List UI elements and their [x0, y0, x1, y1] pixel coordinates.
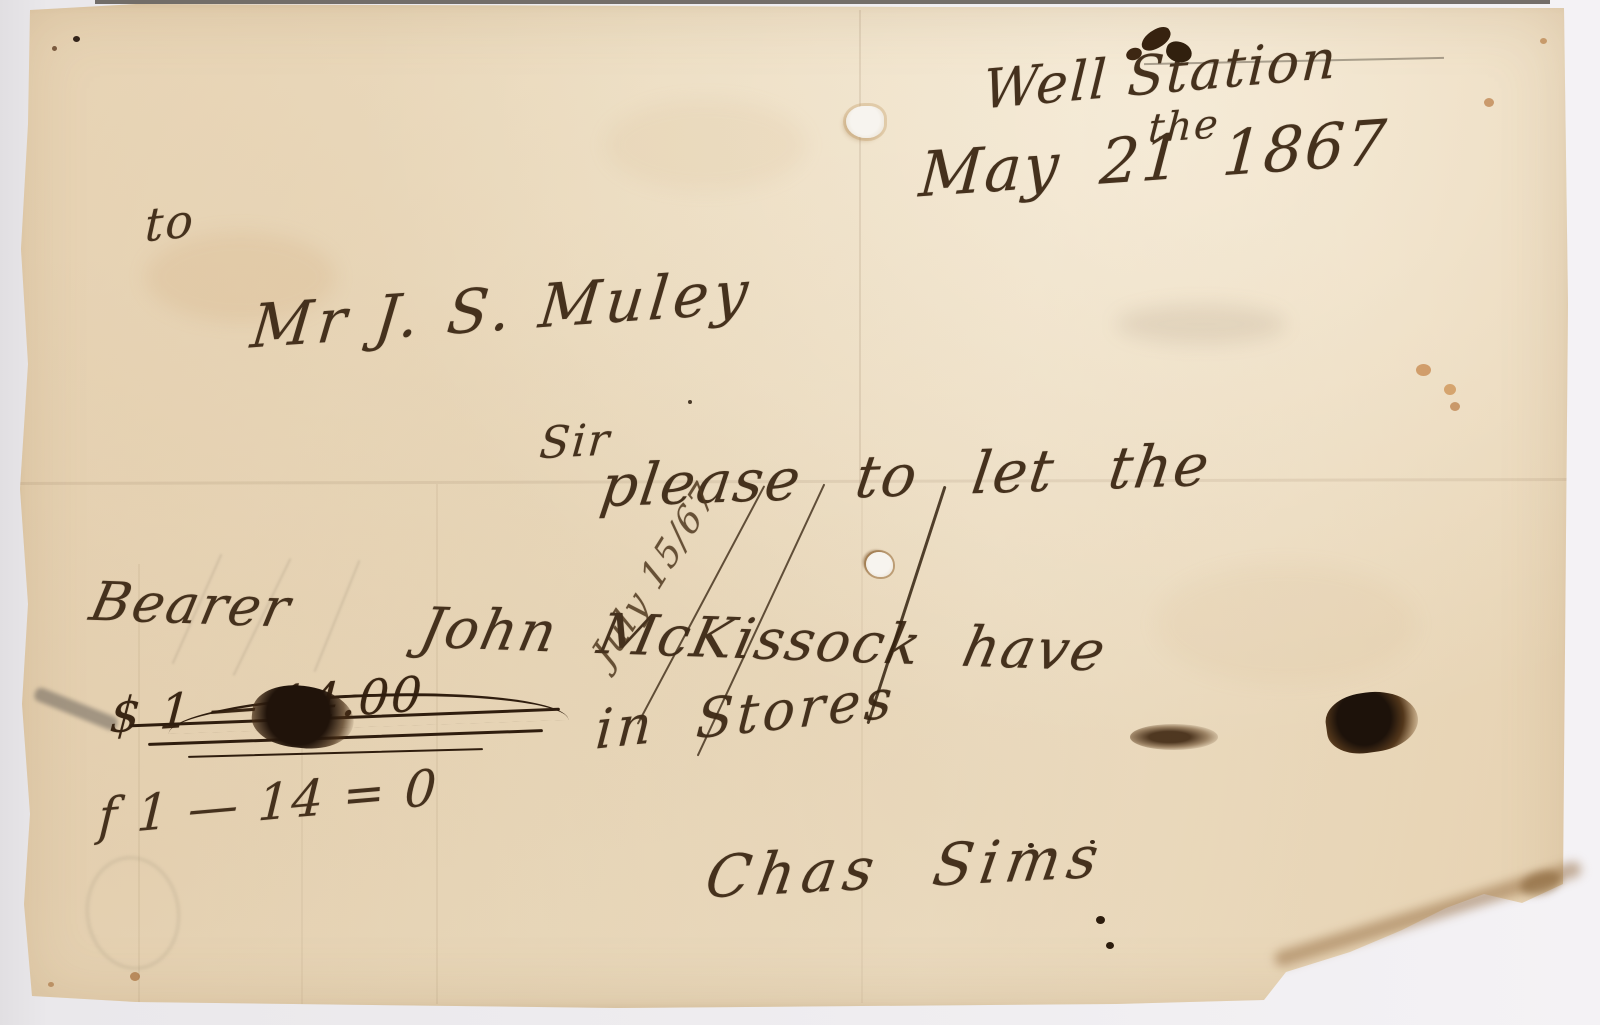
paper-stain: [1156, 564, 1416, 684]
scanned-letter-image: Well Station the May 21 1867 to Mr J. S.…: [0, 0, 1600, 1025]
scanner-edge-line: [95, 0, 1550, 4]
ink-speck: [1028, 843, 1034, 848]
rust-stain: [130, 972, 140, 981]
paper-stain: [1116, 304, 1286, 344]
bearer-word: Bearer: [85, 570, 298, 640]
salutation-line: Sir: [538, 414, 614, 469]
ink-speck: [1048, 852, 1052, 856]
vertical-fold-crease: [859, 10, 861, 488]
paper-hole-middle: [866, 552, 893, 577]
vertical-fold-crease: [861, 488, 863, 1003]
signature-flourish-dot: [1096, 916, 1105, 924]
ink-speck: [1090, 840, 1095, 844]
graphite-smudge: [33, 686, 120, 732]
rust-stain: [1540, 38, 1547, 44]
rust-stain: [1416, 364, 1431, 376]
embossed-seal-showthrough: [79, 850, 188, 976]
ink-showthrough: [314, 560, 361, 672]
to-word: to: [144, 193, 196, 253]
rust-stain: [1484, 98, 1494, 107]
ink-speck: [52, 46, 57, 51]
vertical-fold-crease: [301, 704, 303, 1004]
signature-flourish-dot: [1106, 942, 1114, 949]
ink-speck: [688, 400, 692, 404]
paper-stain: [606, 100, 806, 190]
ink-blot-small: [1130, 724, 1218, 750]
rust-stain: [1450, 402, 1460, 411]
ink-speck: [73, 36, 80, 42]
rust-stain: [48, 982, 54, 987]
vertical-fold-crease: [436, 484, 438, 1004]
rust-stain: [1444, 384, 1456, 395]
paper-hole-top: [846, 106, 884, 138]
